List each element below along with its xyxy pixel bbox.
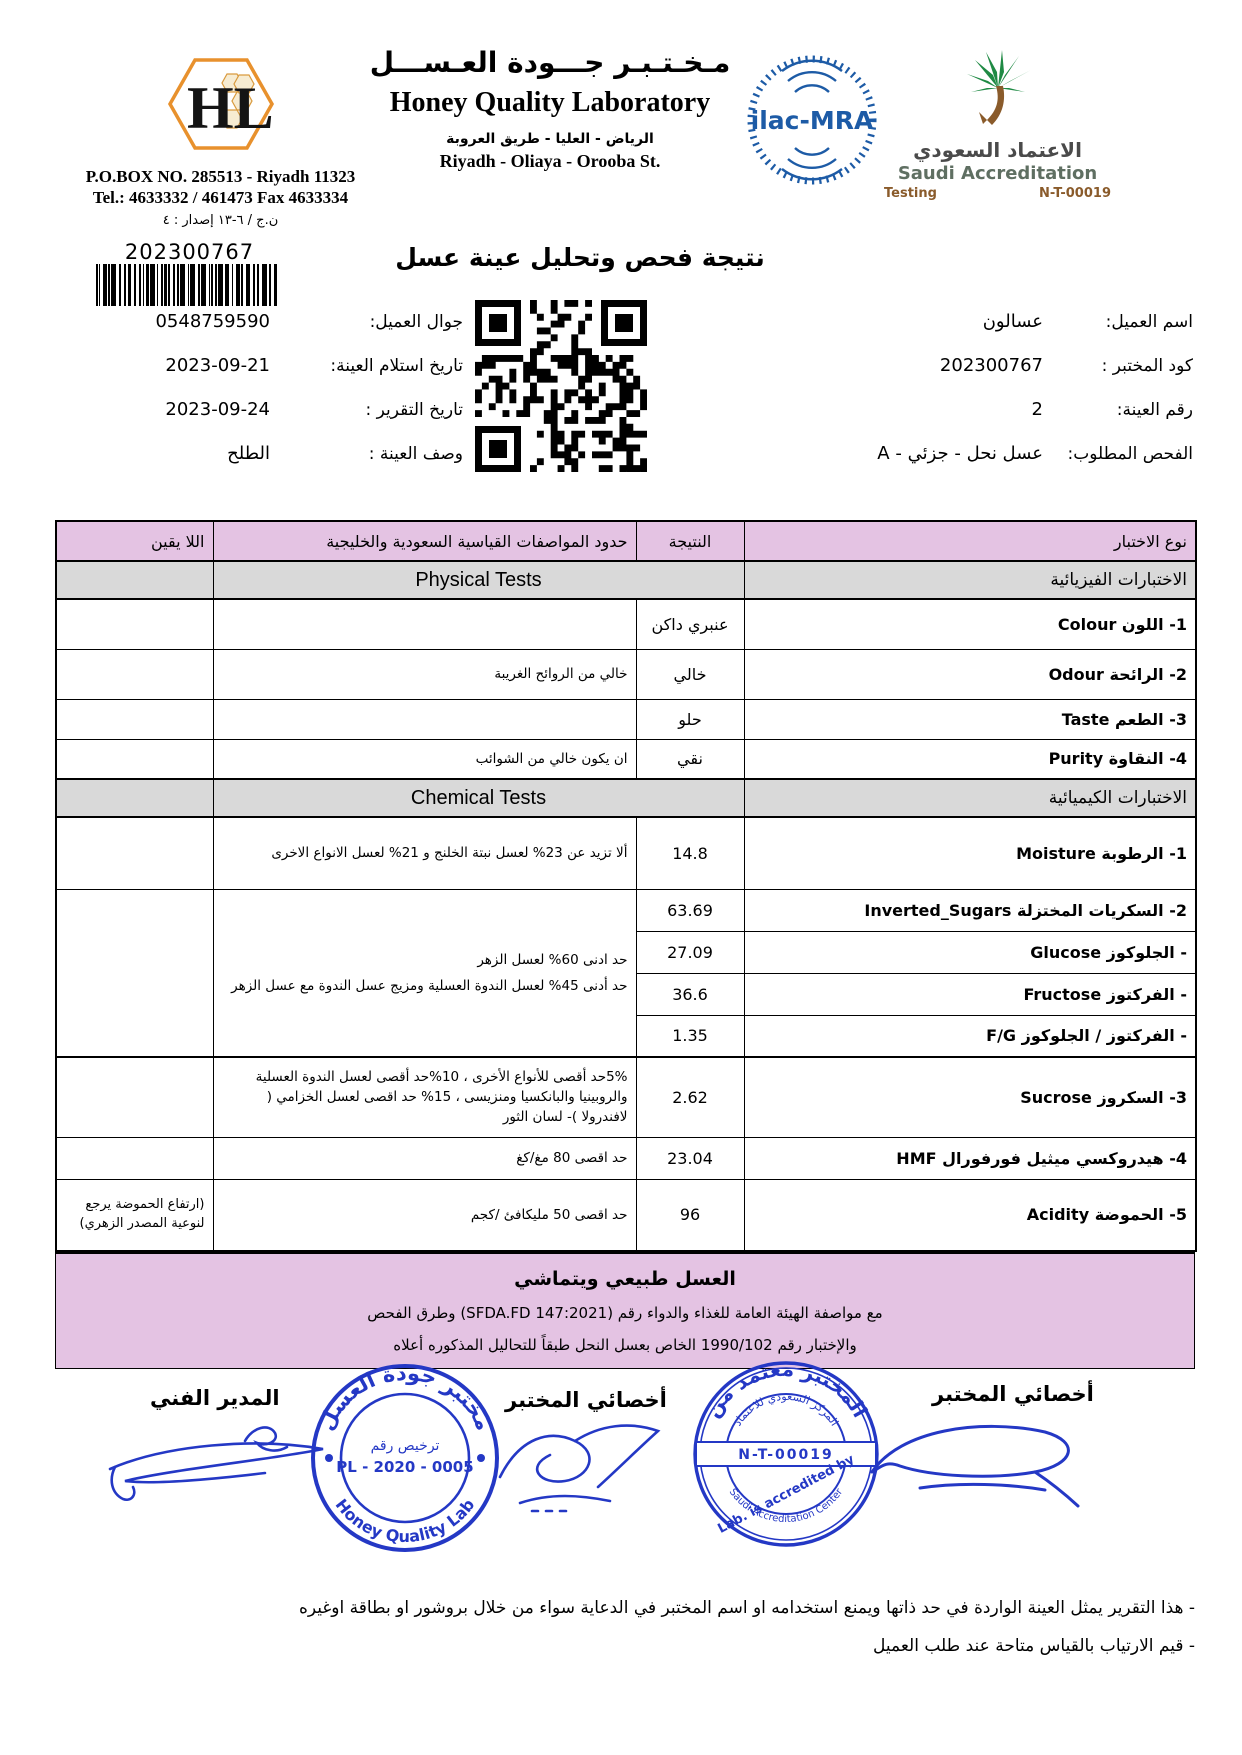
conclusion-line-1: العسل طبيعي ويتماشي xyxy=(64,1268,1186,1290)
test-result: 1.35 xyxy=(636,1015,744,1057)
test-uncertainty xyxy=(56,599,213,649)
signature-zone: المدير الفني أخصائي المختبر أخصائي المخت… xyxy=(0,1352,1242,1592)
saudi-accreditation-english: Saudi Accreditation xyxy=(880,163,1115,184)
table-row: 2- السكريات المختزلة Inverted_Sugars 63.… xyxy=(56,889,1196,931)
test-result: 14.8 xyxy=(636,817,744,889)
info-values-right: عسالون 202300767 2 عسل نحل - جزئي - A xyxy=(683,300,1043,476)
test-limits: ان يكون خالي من الشوائب xyxy=(213,739,636,779)
info-label: تاريخ التقرير : xyxy=(248,388,463,432)
section-title-arabic: الاختبارات الكيميائية xyxy=(744,779,1196,817)
info-label: وصف العينة : xyxy=(248,432,463,476)
section-title-arabic: الاختبارات الفيزيائية xyxy=(744,561,1196,599)
form-version-note: ن.ج / ٦-١٣ إصدار : ٤ xyxy=(78,213,363,228)
info-label: جوال العميل: xyxy=(248,300,463,344)
test-uncertainty: (ارتفاع الحموضة يرجع لنوعية المصدر الزهر… xyxy=(56,1179,213,1251)
info-label: اسم العميل: xyxy=(1043,300,1193,344)
specialist-signature-ink xyxy=(480,1407,690,1527)
saudi-accreditation-arabic: الاعتماد السعودي xyxy=(880,138,1115,162)
test-uncertainty xyxy=(56,699,213,739)
table-row: 4- هيدروكسي ميثيل فورفورال HMF 23.04 حد … xyxy=(56,1137,1196,1179)
lab-phone: Tel.: 4633332 / 461473 Fax 4633334 xyxy=(78,187,363,208)
honey-lab-hexagon-logo-icon: HL xyxy=(165,48,277,160)
test-limits: حد اقصى 80 مغ/كغ xyxy=(213,1137,636,1179)
test-result: عنبري داكن xyxy=(636,599,744,649)
test-limits: حد اقصى 50 مليكافئ /كجم xyxy=(213,1179,636,1251)
test-name: - الفركتوز / الجلوكوز F/G xyxy=(744,1015,1196,1057)
saudi-accreditation-stamp: المختبر معتمد من المركز السعودي للاعتماد… xyxy=(688,1356,884,1552)
sugars-limit-line: حد ادنى 60% لعسل الزهر xyxy=(222,950,628,970)
lab-address-arabic: الرياض - العليا - طريق العروبة xyxy=(365,131,735,147)
info-labels-right: اسم العميل: كود المختبر : رقم العينة: ال… xyxy=(1043,300,1193,476)
receive-date-value: 2023-09-21 xyxy=(75,344,270,388)
lab-address-english: Riyadh - Oliaya - Orooba St. xyxy=(365,151,735,172)
test-result: 96 xyxy=(636,1179,744,1251)
test-name: 4- النقاوة Purity xyxy=(744,739,1196,779)
test-name: 2- السكريات المختزلة Inverted_Sugars xyxy=(744,889,1196,931)
table-header-row: نوع الاختبار النتيجة حدود المواصفات القي… xyxy=(56,521,1196,561)
test-limits: ألا تزيد عن 23% لعسل نبتة الخلنج و 21% ل… xyxy=(213,817,636,889)
stamp-license-label: ترخيص رقم xyxy=(371,1438,440,1454)
stamp-band-number: N-T-00019 xyxy=(738,1447,833,1463)
lab-name-arabic: مـخـتـبـر جـــودة العـســـل xyxy=(365,46,735,79)
test-name: 3- السكروز Sucrose xyxy=(744,1057,1196,1137)
svg-text:مختبر جودة العسل: مختبر جودة العسل xyxy=(314,1361,496,1434)
test-uncertainty xyxy=(56,1057,213,1137)
table-row: 1- اللون Colour عنبري داكن xyxy=(56,599,1196,649)
test-limits xyxy=(213,599,636,649)
table-row: 4- النقاوة Purity نقي ان يكون خالي من ال… xyxy=(56,739,1196,779)
lab-logo-block: HL P.O.BOX NO. 285513 - Riyadh 11323 Tel… xyxy=(78,48,363,228)
test-name: 2- الرائحة Odour xyxy=(744,649,1196,699)
test-name: 1- الرطوبة Moisture xyxy=(744,817,1196,889)
section-title-english: Physical Tests xyxy=(213,561,744,599)
stamp-top-arc-text: مختبر جودة العسل xyxy=(314,1361,496,1434)
results-table: نوع الاختبار النتيجة حدود المواصفات القي… xyxy=(55,520,1197,1252)
test-name: - الفركتوز Fructose xyxy=(744,973,1196,1015)
requested-test-value: عسل نحل - جزئي - A xyxy=(833,432,1043,476)
test-result: 63.69 xyxy=(636,889,744,931)
test-limits xyxy=(213,699,636,739)
info-label: كود المختبر : xyxy=(1043,344,1193,388)
report-date-value: 2023-09-24 xyxy=(75,388,270,432)
stamp-bottom-arc-text: Honey Quality Lab xyxy=(332,1495,479,1546)
test-result: حلو xyxy=(636,699,744,739)
stamp-license-number: PL - 2020 - 0005 xyxy=(336,1458,473,1476)
column-header-result: النتيجة xyxy=(636,521,744,561)
test-result: 2.62 xyxy=(636,1057,744,1137)
info-label: الفحص المطلوب: xyxy=(1043,432,1193,476)
sample-description-value: الطلح xyxy=(75,432,270,476)
conclusion-line-2: مع مواصفة الهيئة العامة للغذاء والدواء ر… xyxy=(64,1304,1186,1322)
specialist-signature-ink xyxy=(860,1402,1090,1522)
sample-info: اسم العميل: كود المختبر : رقم العينة: ال… xyxy=(55,300,1195,476)
test-name: 4- هيدروكسي ميثيل فورفورال HMF xyxy=(744,1137,1196,1179)
lab-name-english: Honey Quality Laboratory xyxy=(365,87,735,119)
saudi-accreditation-palm-icon xyxy=(955,48,1041,132)
client-name-value: عسالون xyxy=(833,300,1043,344)
test-result: خالي xyxy=(636,649,744,699)
barcode-number: 202300767 xyxy=(92,240,287,264)
results-area: نوع الاختبار النتيجة حدود المواصفات القي… xyxy=(55,520,1195,1369)
document-title: نتيجة فحص وتحليل عينة عسل xyxy=(300,243,860,272)
section-row-chemical: الاختبارات الكيميائية Chemical Tests xyxy=(56,779,1196,817)
table-row: 5- الحموضة Acidity 96 حد اقصى 50 مليكافئ… xyxy=(56,1179,1196,1251)
test-result: 27.09 xyxy=(636,931,744,973)
section-row-physical: الاختبارات الفيزيائية Physical Tests xyxy=(56,561,1196,599)
test-name: 1- اللون Colour xyxy=(744,599,1196,649)
ilac-mra-label: ilac-MRA xyxy=(751,106,874,135)
test-name: 3- الطعم Taste xyxy=(744,699,1196,739)
client-mobile-value: 0548759590 xyxy=(75,300,270,344)
footer-note: - قيم الارتياب بالقياس متاحة عند طلب الع… xyxy=(55,1636,1195,1656)
column-header-test-type: نوع الاختبار xyxy=(744,521,1196,561)
ilac-mra-logo-icon: ilac-MRA xyxy=(742,50,882,190)
test-result: نقي xyxy=(636,739,744,779)
sugars-limits-merged-cell: حد ادنى 60% لعسل الزهر حد أدنى 45% لعسل … xyxy=(213,889,636,1057)
test-limits: خالي من الروائح الغريبة xyxy=(213,649,636,699)
saudi-accreditation-block: الاعتماد السعودي Saudi Accreditation Tes… xyxy=(880,48,1115,201)
footer-note: - هذا التقرير يمثل العينة الواردة في حد … xyxy=(55,1598,1195,1618)
stamp-top-arc-text: المختبر معتمد من xyxy=(700,1357,872,1422)
empty-cell xyxy=(56,561,213,599)
honey-quality-lab-stamp: مختبر جودة العسل Honey Quality Lab ترخيص… xyxy=(305,1358,505,1558)
test-name: 5- الحموضة Acidity xyxy=(744,1179,1196,1251)
test-uncertainty xyxy=(56,817,213,889)
section-title-english: Chemical Tests xyxy=(213,779,744,817)
column-header-limits: حدود المواصفات القياسية السعودية والخليج… xyxy=(213,521,636,561)
table-row: 3- الطعم Taste حلو xyxy=(56,699,1196,739)
test-result: 23.04 xyxy=(636,1137,744,1179)
test-uncertainty xyxy=(56,739,213,779)
table-row: 2- الرائحة Odour خالي خالي من الروائح ال… xyxy=(56,649,1196,699)
sample-number-value: 2 xyxy=(833,388,1043,432)
info-labels-left: جوال العميل: تاريخ استلام العينة: تاريخ … xyxy=(248,300,463,476)
lab-code-value: 202300767 xyxy=(833,344,1043,388)
test-uncertainty xyxy=(56,649,213,699)
lab-name-block: مـخـتـبـر جـــودة العـســـل Honey Qualit… xyxy=(365,46,735,172)
report-page: HL P.O.BOX NO. 285513 - Riyadh 11323 Tel… xyxy=(0,0,1242,1755)
empty-uncertainty-merged-cell xyxy=(56,889,213,1057)
footer-notes: - هذا التقرير يمثل العينة الواردة في حد … xyxy=(55,1598,1195,1674)
empty-cell xyxy=(56,779,213,817)
saudi-testing-label: Testing xyxy=(884,186,937,201)
svg-text:Honey Quality Lab: Honey Quality Lab xyxy=(332,1495,479,1546)
qr-code-icon xyxy=(475,300,647,472)
test-uncertainty xyxy=(56,1137,213,1179)
info-label: تاريخ استلام العينة: xyxy=(248,344,463,388)
table-row: 3- السكروز Sucrose 2.62 5%حد أقصى للأنوا… xyxy=(56,1057,1196,1137)
test-name: - الجلوكوز Glucose xyxy=(744,931,1196,973)
logo-monogram: HL xyxy=(187,75,274,141)
info-label: رقم العينة: xyxy=(1043,388,1193,432)
svg-text:المختبر معتمد من: المختبر معتمد من xyxy=(700,1357,872,1422)
sugars-limit-line: حد أدنى 45% لعسل الندوة العسلية ومزيج عس… xyxy=(222,976,628,996)
test-limits: 5%حد أقصى للأنواع الأخرى ، 10%حد أقصى لع… xyxy=(213,1057,636,1137)
table-row: 1- الرطوبة Moisture 14.8 ألا تزيد عن 23%… xyxy=(56,817,1196,889)
test-result: 36.6 xyxy=(636,973,744,1015)
info-values-left: 0548759590 2023-09-21 2023-09-24 الطلح xyxy=(55,300,270,476)
lab-pobox: P.O.BOX NO. 285513 - Riyadh 11323 xyxy=(78,166,363,187)
saudi-accreditation-number: N-T-00019 xyxy=(1039,186,1111,201)
column-header-uncertainty: اللا يقين xyxy=(56,521,213,561)
